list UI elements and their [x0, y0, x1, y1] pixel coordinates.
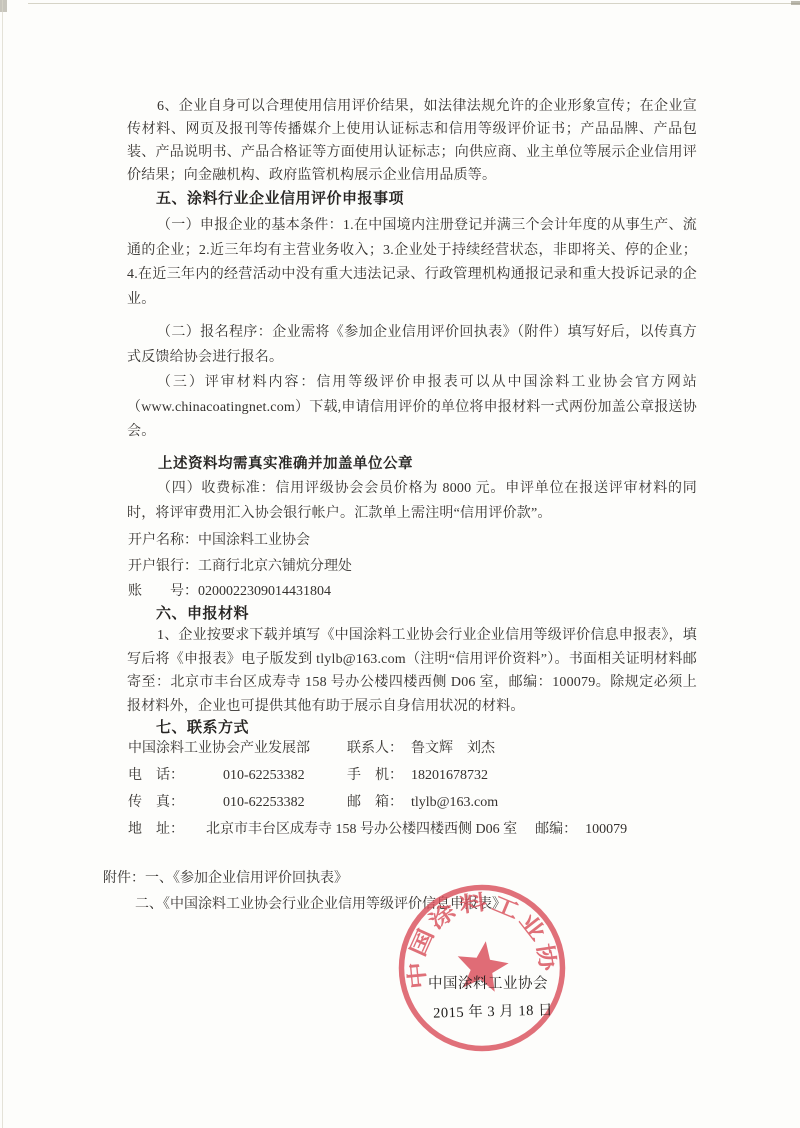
contact-person-cell: 联系人：鲁文辉 刘杰	[347, 737, 748, 764]
official-seal-stamp: 中国涂料工业协会	[398, 884, 566, 1052]
fax-value: 010-62253382	[223, 795, 305, 810]
bank-branch-row: 开户银行：工商行北京六铺炕分理处	[128, 555, 352, 581]
scan-edge-top-line	[28, 3, 800, 4]
note-stamp-required: 上述资料均需真实准确并加盖单位公章	[158, 452, 413, 473]
contact-person-names: 鲁文辉 刘杰	[411, 741, 495, 756]
phone-cell: 电 话：010-62253382	[128, 764, 347, 791]
bank-account-name-row: 开户名称：中国涂料工业协会	[128, 529, 352, 555]
paragraph-item-1: （一）申报企业的基本条件：1.在中国境内注册登记并满三个会计年度的从事生产、流通…	[127, 214, 697, 312]
bank-branch-value: 工商行北京六铺炕分理处	[198, 559, 352, 574]
bank-info-block: 开户名称：中国涂料工业协会 开户银行：工商行北京六铺炕分理处 账 号：02000…	[128, 529, 352, 606]
mobile-value: 18201678732	[411, 768, 488, 783]
signature-date: 2015 年 3 月 18 日	[432, 998, 555, 1022]
mobile-label: 手 机：	[347, 764, 411, 784]
email-cell: 邮 箱：tlylb@163.com	[347, 791, 748, 818]
contact-dept: 中国涂料工业协会产业发展部	[128, 737, 347, 764]
account-number-value: 0200022309014431804	[198, 584, 331, 599]
section-heading-7: 七、联系方式	[156, 716, 249, 737]
address-value: 北京市丰台区成寿寺 158 号办公楼四楼西侧 D06 室	[206, 822, 517, 837]
section-heading-6: 六、申报材料	[156, 602, 249, 623]
contact-row-fax: 传 真：010-62253382 邮 箱：tlylb@163.com	[128, 791, 748, 818]
paragraph-item-2: （二）报名程序：企业需将《参加企业信用评价回执表》（附件）填写好后，以传真方式反…	[127, 321, 697, 370]
account-number-label: 账 号：	[128, 584, 198, 599]
email-value: tlylb@163.com	[411, 795, 498, 810]
email-label: 邮 箱：	[347, 791, 411, 811]
account-name-label: 开户名称：	[128, 533, 198, 548]
seal-graphic: 中国涂料工业协会	[398, 884, 566, 1052]
section-heading-5: 五、涂料行业企业信用评价申报事项	[156, 187, 404, 208]
attachment-1: 一、《参加企业信用评价回执表》	[145, 871, 348, 886]
contact-block: 中国涂料工业协会产业发展部 联系人：鲁文辉 刘杰 电 话：010-6225338…	[128, 737, 748, 845]
bank-branch-label: 开户银行：	[128, 559, 198, 574]
fax-label: 传 真：	[128, 791, 223, 811]
contact-row-phone: 电 话：010-62253382 手 机：18201678732	[128, 764, 748, 791]
signature-org-name: 中国涂料工业协会	[428, 972, 544, 993]
paragraph-materials: 1、企业按要求下载并填写《中国涂料工业协会行业企业信用等级评价信息申报表》，填写…	[127, 624, 697, 718]
account-name-value: 中国涂料工业协会	[198, 533, 310, 548]
attachments-label: 附件：	[103, 871, 145, 886]
scan-corner-top-right	[791, 1, 800, 5]
contact-row-address: 地 址：北京市丰台区成寿寺 158 号办公楼四楼西侧 D06 室邮编：10007…	[128, 818, 748, 845]
scanned-document-page: 6、企业自身可以合理使用信用评价结果，如法律法规允许的企业形象宣传；在企业宣传材…	[0, 0, 800, 1128]
paragraph-item-4: （四）收费标准：信用评级协会会员价格为 8000 元。申评单位在报送评审材料的同…	[127, 477, 697, 526]
address-cell: 地 址：北京市丰台区成寿寺 158 号办公楼四楼西侧 D06 室邮编：10007…	[128, 818, 627, 845]
paragraph-item-3: （三）评审材料内容：信用等级评价申报表可以从中国涂料工业协会官方网站（www.c…	[127, 371, 697, 445]
phone-label: 电 话：	[128, 764, 223, 784]
fax-cell: 传 真：010-62253382	[128, 791, 347, 818]
scan-edge-left-line	[2, 0, 3, 1128]
paragraph-item6: 6、企业自身可以合理使用信用评价结果，如法律法规允许的企业形象宣传；在企业宣传材…	[127, 95, 697, 187]
zip-value: 100079	[585, 822, 627, 837]
address-label: 地 址：	[128, 818, 206, 838]
contact-row-dept: 中国涂料工业协会产业发展部 联系人：鲁文辉 刘杰	[128, 737, 748, 764]
mobile-cell: 手 机：18201678732	[347, 764, 748, 791]
zip-label: 邮编：	[535, 822, 577, 837]
contact-person-label: 联系人：	[347, 737, 411, 757]
phone-value: 010-62253382	[223, 768, 305, 783]
